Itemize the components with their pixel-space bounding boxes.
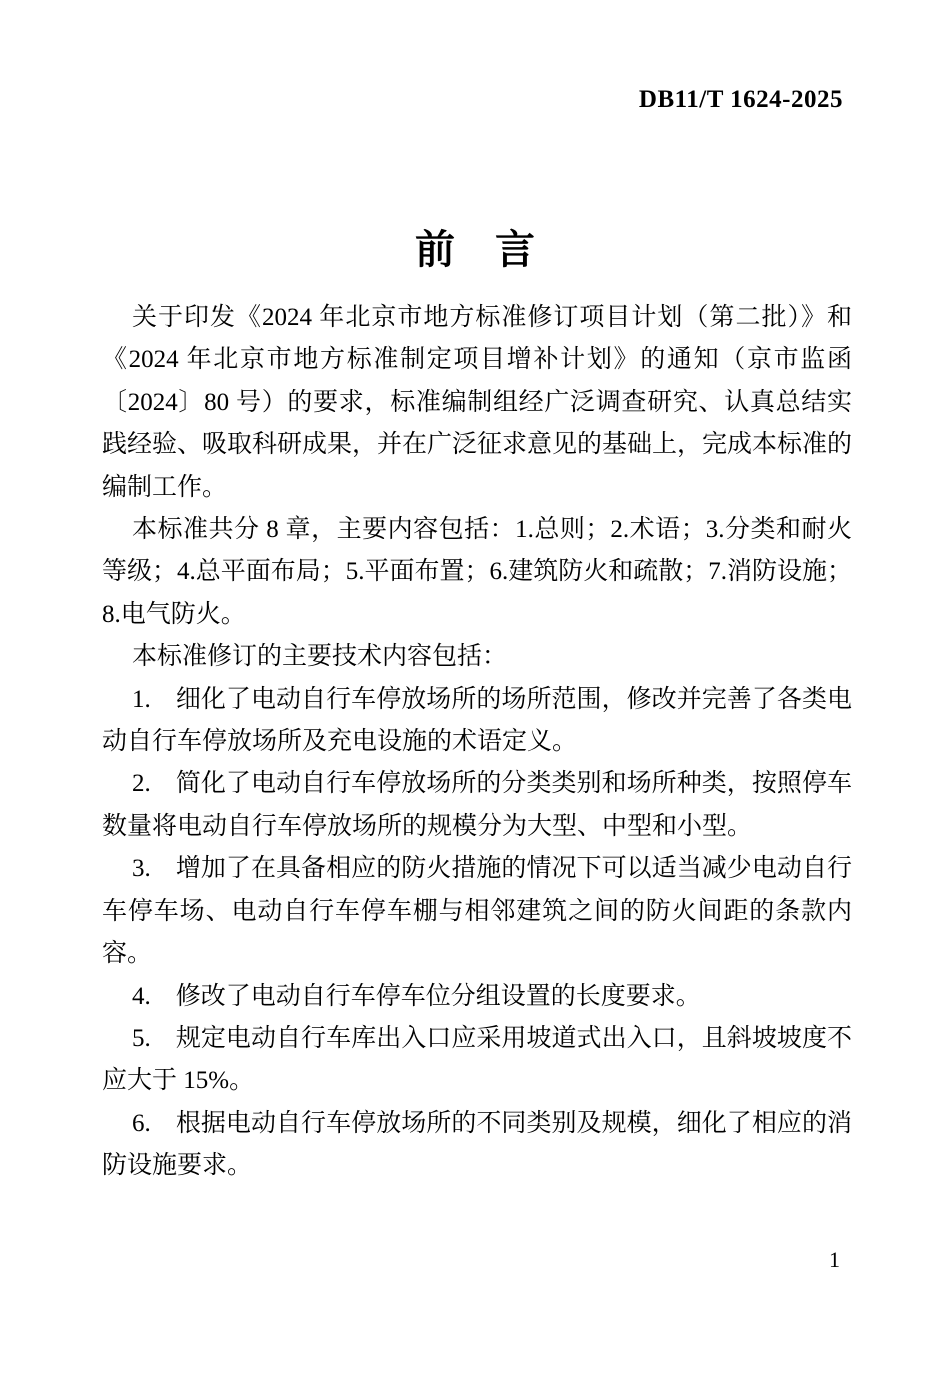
- standard-code: DB11/T 1624-2025: [639, 86, 843, 114]
- paragraph-item-5: 5. 规定电动自行车库出入口应采用坡道式出入口，且斜坡坡度不应大于 15%。: [102, 1018, 852, 1103]
- paragraph-chapters: 本标准共分 8 章，主要内容包括：1.总则；2.术语；3.分类和耐火等级；4.总…: [102, 509, 852, 636]
- page-number: 1: [829, 1247, 840, 1273]
- paragraph-item-6: 6. 根据电动自行车停放场所的不同类别及规模，细化了相应的消防设施要求。: [102, 1103, 852, 1188]
- paragraph-item-1: 1. 细化了电动自行车停放场所的场所范围，修改并完善了各类电动自行车停放场所及充…: [102, 679, 852, 764]
- page-title: 前 言: [0, 218, 950, 275]
- paragraph-intro: 关于印发《2024 年北京市地方标准修订项目计划（第二批）》和《2024 年北京…: [102, 297, 852, 509]
- paragraph-item-2: 2. 简化了电动自行车停放场所的分类类别和场所种类，按照停车数量将电动自行车停放…: [102, 763, 852, 848]
- document-body: 关于印发《2024 年北京市地方标准修订项目计划（第二批）》和《2024 年北京…: [102, 297, 852, 1188]
- paragraph-item-4: 4. 修改了电动自行车停车位分组设置的长度要求。: [102, 976, 852, 1018]
- document-page: DB11/T 1624-2025 前 言 关于印发《2024 年北京市地方标准修…: [0, 0, 950, 1378]
- paragraph-item-3: 3. 增加了在具备相应的防火措施的情况下可以适当减少电动自行车停车场、电动自行车…: [102, 848, 852, 975]
- paragraph-revision-lead: 本标准修订的主要技术内容包括：: [102, 636, 852, 678]
